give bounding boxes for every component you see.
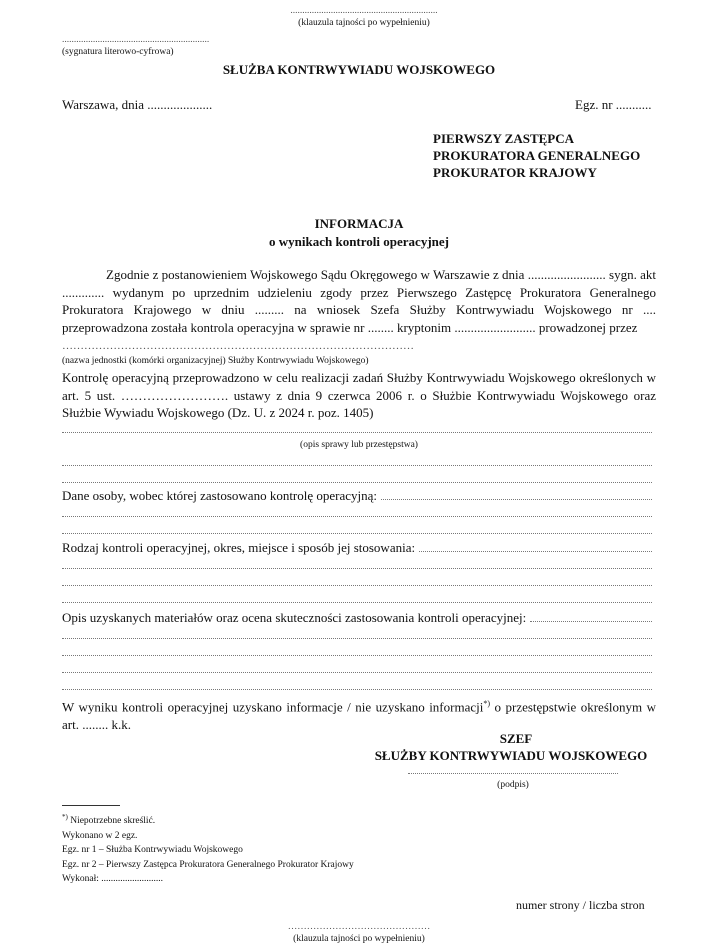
- person-data-label: Dane osoby, wobec której zastosowano kon…: [62, 487, 377, 504]
- footnote-divider: [62, 805, 120, 806]
- unit-placeholder: ……………………………………………………………………………………: [62, 340, 414, 352]
- person-data-fill[interactable]: [381, 487, 652, 500]
- control-type-field[interactable]: Rodzaj kontroli operacyjnej, okres, miej…: [62, 539, 656, 556]
- document-title: INFORMACJA: [0, 216, 718, 232]
- legal-basis-paragraph: Kontrolę operacyjną przeprowadzono w cel…: [62, 369, 656, 422]
- case-description-caption: (opis sprawy lub przestępstwa): [0, 440, 718, 450]
- page-number: numer strony / liczba stron: [516, 898, 645, 913]
- place-date: Warszawa, dnia ....................: [62, 96, 212, 113]
- addressee-block: PIERWSZY ZASTĘPCA PROKURATORA GENERALNEG…: [433, 130, 640, 181]
- footnote-line: Egz. nr 1 – Służba Kontrwywiadu Wojskowe…: [62, 843, 354, 858]
- signatory-title: SZEF: [372, 731, 660, 747]
- materials-line[interactable]: [62, 637, 652, 639]
- control-type-line[interactable]: [62, 567, 652, 569]
- materials-label: Opis uzyskanych materiałów oraz ocena sk…: [62, 609, 526, 626]
- case-description-line[interactable]: [62, 464, 652, 466]
- addressee-line: PROKURATORA GENERALNEGO: [433, 147, 640, 164]
- footnotes-block: *) Niepotrzebne skreślić. Wykonano w 2 e…: [62, 810, 354, 887]
- classification-placeholder-bottom: ………………………………………: [0, 922, 718, 932]
- result-text-a: W wyniku kontroli operacyjnej uzyskano i…: [62, 699, 483, 714]
- document-subtitle: o wynikach kontroli operacyjnej: [0, 234, 718, 250]
- classification-caption-top: (klauzula tajności po wypełnieniu): [0, 18, 728, 28]
- control-type-fill[interactable]: [419, 539, 652, 552]
- materials-line[interactable]: [62, 688, 652, 690]
- footnote-mark: *): [483, 699, 490, 708]
- signature-code-placeholder: ........................................…: [62, 35, 209, 45]
- control-type-label: Rodzaj kontroli operacyjnej, okres, miej…: [62, 539, 415, 556]
- footnote-line: Wykonano w 2 egz.: [62, 829, 354, 844]
- signatory-institution: SŁUŻBY KONTRWYWIADU WOJSKOWEGO: [362, 748, 660, 764]
- materials-field[interactable]: Opis uzyskanych materiałów oraz ocena sk…: [62, 609, 656, 626]
- signature-line[interactable]: [408, 773, 618, 774]
- footnote-note: *) Niepotrzebne skreślić.: [62, 810, 354, 829]
- footnote-line: Egz. nr 2 – Pierwszy Zastępca Prokurator…: [62, 858, 354, 873]
- classification-caption-bottom: (klauzula tajności po wypełnieniu): [0, 934, 718, 944]
- person-data-field[interactable]: Dane osoby, wobec której zastosowano kon…: [62, 487, 656, 504]
- copy-number: Egz. nr ...........: [575, 96, 652, 113]
- materials-line[interactable]: [62, 671, 652, 673]
- unit-caption: (nazwa jednostki (komórki organizacyjnej…: [62, 356, 369, 366]
- result-paragraph: W wyniku kontroli operacyjnej uzyskano i…: [62, 695, 656, 733]
- footnote-line: Wykonał: ..........................: [62, 872, 354, 887]
- classification-placeholder-top: ........................................…: [0, 6, 728, 16]
- addressee-line: PIERWSZY ZASTĘPCA: [433, 130, 640, 147]
- control-type-line[interactable]: [62, 584, 652, 586]
- materials-line[interactable]: [62, 654, 652, 656]
- case-description-line[interactable]: [62, 431, 652, 433]
- signature-code-caption: (sygnatura literowo-cyfrowa): [62, 47, 174, 57]
- institution-heading: SŁUŻBA KONTRWYWIADU WOJSKOWEGO: [0, 62, 718, 78]
- person-data-line[interactable]: [62, 532, 652, 534]
- person-data-line[interactable]: [62, 515, 652, 517]
- signature-caption: (podpis): [408, 780, 618, 790]
- addressee-line: PROKURATOR KRAJOWY: [433, 164, 640, 181]
- materials-fill[interactable]: [530, 609, 652, 622]
- case-description-line[interactable]: [62, 481, 652, 483]
- control-type-line[interactable]: [62, 601, 652, 603]
- intro-paragraph: Zgodnie z postanowieniem Wojskowego Sądu…: [62, 266, 656, 336]
